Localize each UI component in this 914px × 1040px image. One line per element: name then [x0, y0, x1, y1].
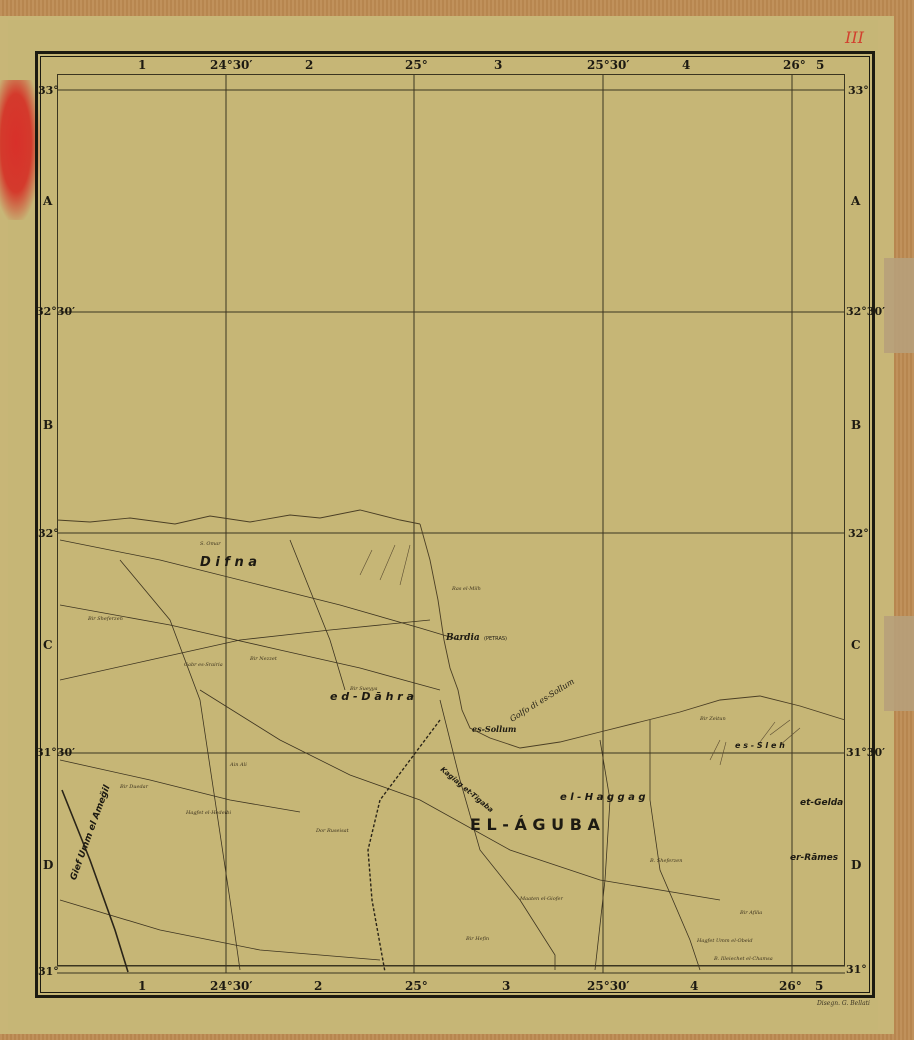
top-longitude-25: 25°	[405, 58, 428, 72]
place-bir-sueyya: Bir Sueyya	[349, 686, 378, 692]
right-row-a: A	[851, 194, 860, 208]
place-bardia: Bardia	[445, 633, 480, 643]
map-graphics: D i f n a e d - D ā h r a E L - Á G U B …	[0, 0, 914, 1040]
place-golfo-es-sollum: Golfo di es-Sollum	[508, 677, 576, 724]
place-bardia-note: (PETRAS)	[484, 636, 507, 642]
place-bir-sheferzen: Bir Sheferzen	[87, 616, 123, 622]
right-latitude-32-30: 32°30′	[846, 305, 885, 318]
left-latitude-31: 31°	[38, 965, 59, 978]
region-es-sleh: e s - S l e h	[735, 741, 785, 750]
right-latitude-33: 33°	[848, 84, 869, 97]
draftsman-credit: Disegn. G. Bellati	[817, 1000, 870, 1007]
top-column-1: 1	[138, 58, 146, 72]
wadis	[360, 545, 800, 765]
region-difna: D i f n a	[200, 555, 257, 570]
bottom-column-2: 2	[314, 979, 322, 993]
tracks	[60, 540, 720, 970]
right-row-d: D	[851, 858, 861, 872]
place-gabr-es-srairia: Gabr es-Srairia	[184, 662, 223, 668]
place-hagfet-umm-el-obeid: Hagfet Umm el-Obeid	[696, 938, 753, 944]
region-et-gelda: et-Gelda	[800, 798, 843, 808]
left-row-d: D	[43, 858, 53, 872]
top-longitude-26: 26°	[783, 58, 806, 72]
place-bir-nezzet: Bir Nezzet	[249, 656, 278, 662]
left-latitude-32: 32°	[38, 527, 59, 540]
place-ain-ali: Ain Ali	[229, 762, 247, 768]
place-bir-afilia: Bir Afilia	[739, 910, 762, 916]
top-column-2: 2	[305, 58, 313, 72]
place-bir-zeitun: Bir Zeitun	[699, 716, 726, 722]
bottom-column-1: 1	[138, 979, 146, 993]
railway	[368, 720, 440, 972]
region-er-rames: er-Rāmes	[790, 853, 839, 863]
place-hagfet-el-hedeibi: Hagfet el-Hedeibi	[185, 810, 231, 816]
bottom-longitude-25-30: 25°30′	[587, 979, 630, 993]
top-column-4: 4	[682, 58, 690, 72]
top-column-3: 3	[494, 58, 502, 72]
right-row-b: B	[851, 418, 861, 432]
bottom-column-5: 5	[815, 979, 823, 993]
left-latitude-31-30: 31°30′	[36, 746, 75, 759]
right-latitude-32: 32°	[848, 527, 869, 540]
place-bir-hefin: Bir Hefin	[465, 936, 489, 942]
right-latitude-31-30: 31°30′	[846, 746, 885, 759]
coastline	[57, 510, 845, 748]
bottom-longitude-26: 26°	[779, 979, 802, 993]
left-latitude-33: 33°	[38, 84, 59, 97]
top-longitude-24-30: 24°30′	[210, 58, 253, 72]
place-es-sollum: es-Sollum	[472, 724, 516, 734]
left-row-b: B	[43, 418, 53, 432]
region-el-agaba: E L - Á G U B A	[470, 815, 600, 834]
region-gief-umm-el-amegil: Gief Umm el Ameğil	[69, 783, 113, 881]
place-bir-duedar: Bir Duedar	[119, 784, 149, 790]
region-el-hagag: e l - H a g g a g	[560, 792, 646, 803]
region-labels: D i f n a e d - D ā h r a E L - Á G U B …	[69, 555, 843, 882]
place-maaten-el-giofer: Maaten el-Giofer	[519, 896, 564, 902]
place-dor-ruseisat: Dor Ruseisat	[315, 828, 350, 834]
place-sidi-omar: S. Omar	[200, 541, 221, 547]
place-bir-el-chamsa: B. Illeiechet el-Chamsa	[713, 956, 773, 962]
bottom-longitude-25: 25°	[405, 979, 428, 993]
left-row-a: A	[43, 194, 52, 208]
region-kagiag: Kagiag et-Tigaba	[439, 765, 495, 814]
bottom-longitude-24-30: 24°30′	[210, 979, 253, 993]
place-labels: Bardia (PETRAS) es-Sollum Golfo di es-So…	[87, 541, 773, 962]
place-b-sheferzen: B. Sheferzen	[649, 858, 682, 864]
bottom-column-3: 3	[502, 979, 510, 993]
left-latitude-32-30: 32°30′	[36, 305, 75, 318]
right-row-c: C	[851, 638, 861, 652]
place-ras-el-milh: Ras el-Milh	[451, 586, 481, 592]
top-column-5: 5	[816, 58, 824, 72]
left-row-c: C	[43, 638, 53, 652]
bottom-column-4: 4	[690, 979, 698, 993]
top-longitude-25-30: 25°30′	[587, 58, 630, 72]
right-latitude-31: 31°	[846, 963, 867, 976]
